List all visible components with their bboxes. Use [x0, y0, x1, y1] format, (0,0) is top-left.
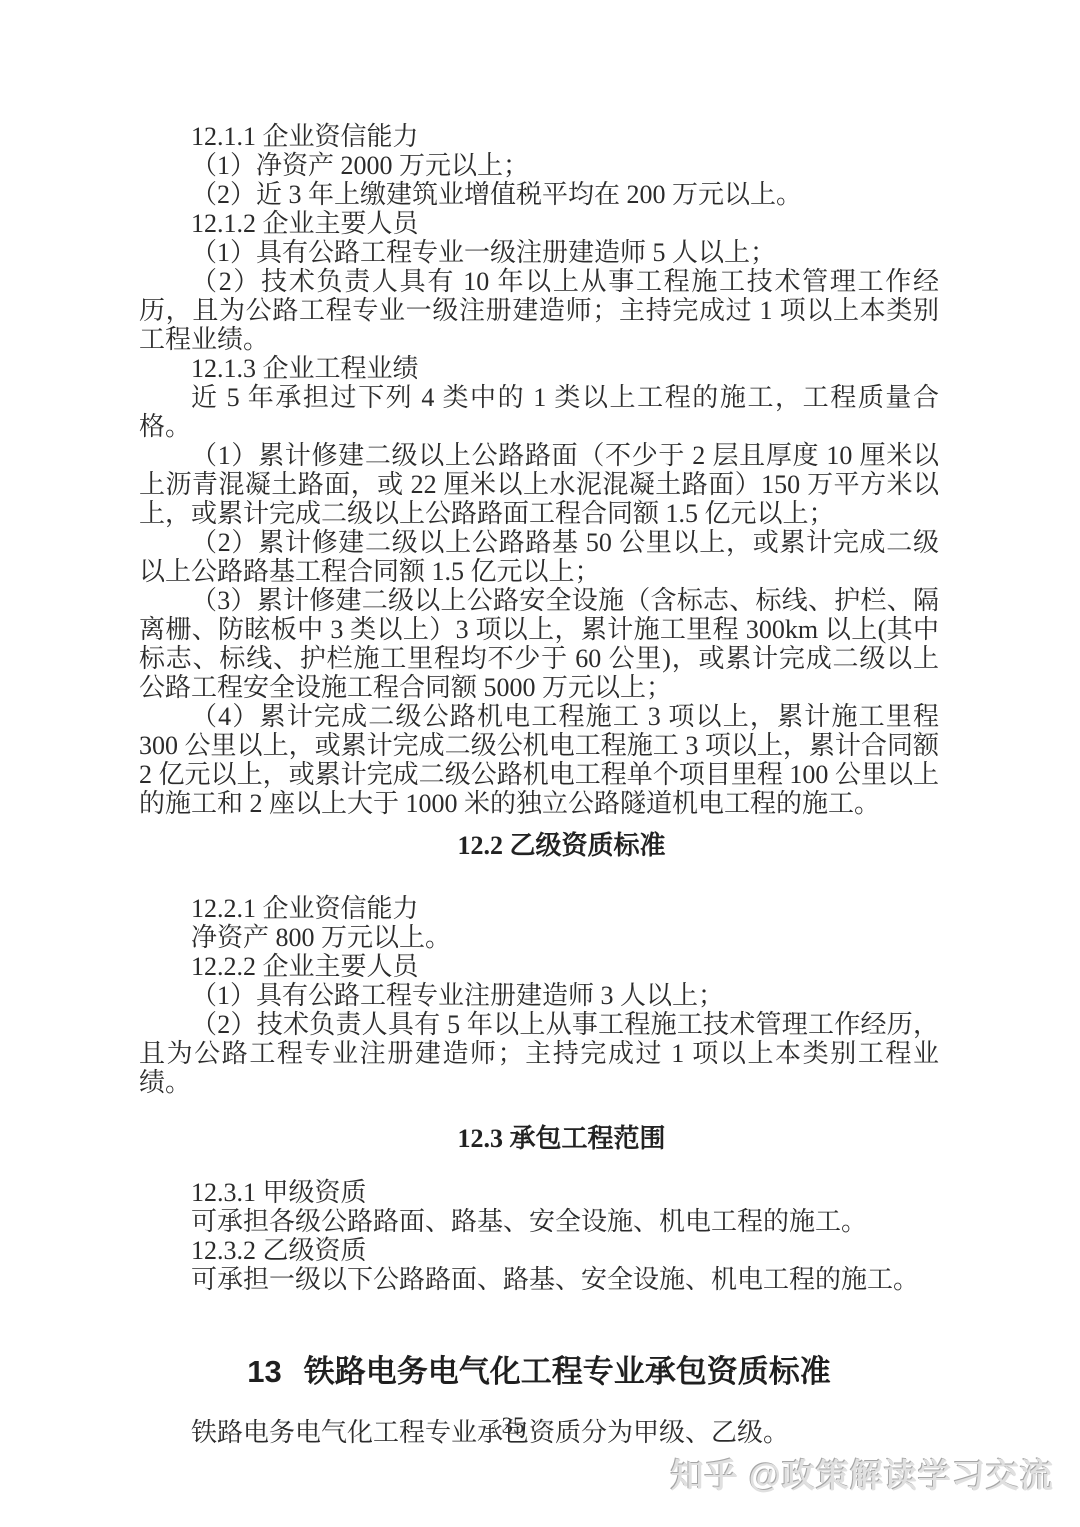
clause-12-1-3-item-3: （3）累计修建二级以上公路安全设施（含标志、标线、护栏、隔离栅、防眩板中 3 类… — [139, 586, 939, 702]
clause-12-2-1-title: 12.2.1 企业资信能力 — [139, 894, 939, 923]
clause-12-1-1-item-2: （2）近 3 年上缴建筑业增值税平均在 200 万元以上。 — [139, 180, 939, 209]
clause-12-3-2-title: 12.3.2 乙级资质 — [139, 1236, 939, 1265]
clause-12-2-2-item-1: （1）具有公路工程专业注册建造师 3 人以上； — [139, 981, 939, 1010]
clause-12-1-3-item-4: （4）累计完成二级公路机电工程施工 3 项以上，累计施工里程 300 公里以上，… — [139, 702, 939, 818]
clause-12-2-2-title: 12.2.2 企业主要人员 — [139, 952, 939, 981]
chapter-13-title: 铁路电务电气化工程专业承包资质标准 — [304, 1354, 831, 1389]
clause-12-1-3-title: 12.1.3 企业工程业绩 — [139, 354, 939, 383]
document-content: 12.1.1 企业资信能力 （1）净资产 2000 万元以上； （2）近 3 年… — [139, 122, 939, 1447]
clause-12-1-1-title: 12.1.1 企业资信能力 — [139, 122, 939, 151]
clause-12-2-2-item-2: （2）技术负责人具有 5 年以上从事工程施工技术管理工作经历，且为公路工程专业注… — [139, 1010, 939, 1097]
clause-12-1-1-item-1: （1）净资产 2000 万元以上； — [139, 151, 939, 180]
clause-12-1-3-intro: 近 5 年承担过下列 4 类中的 1 类以上工程的施工，工程质量合格。 — [139, 383, 939, 441]
section-heading-12-2: 12.2 乙级资质标准 — [139, 831, 939, 861]
clause-12-1-2-title: 12.1.2 企业主要人员 — [139, 209, 939, 238]
clause-12-3-2-body: 可承担一级以下公路路面、路基、安全设施、机电工程的施工。 — [139, 1265, 939, 1294]
clause-12-3-1-title: 12.3.1 甲级资质 — [139, 1178, 939, 1207]
watermark: 知乎 @政策解读学习交流 — [671, 1456, 1054, 1496]
chapter-13-heading: 13铁路电务电气化工程专业承包资质标准 — [139, 1354, 939, 1390]
clause-12-1-2-item-2: （2）技术负责人具有 10 年以上从事工程施工技术管理工作经历，且为公路工程专业… — [139, 267, 939, 354]
page-number: 35 — [483, 1413, 543, 1439]
clause-12-1-3-item-1: （1）累计修建二级以上公路路面（不少于 2 层且厚度 10 厘米以上沥青混凝土路… — [139, 441, 939, 528]
document-page: { "page": { "number": "35", "watermark":… — [0, 0, 1080, 1527]
section-heading-12-3: 12.3 承包工程范围 — [139, 1124, 939, 1154]
clause-12-1-2-item-1: （1）具有公路工程专业一级注册建造师 5 人以上； — [139, 238, 939, 267]
clause-12-1-3-item-2: （2）累计修建二级以上公路路基 50 公里以上，或累计完成二级以上公路路基工程合… — [139, 528, 939, 586]
clause-12-3-1-body: 可承担各级公路路面、路基、安全设施、机电工程的施工。 — [139, 1207, 939, 1236]
clause-12-2-1-body: 净资产 800 万元以上。 — [139, 923, 939, 952]
chapter-13-number: 13 — [247, 1354, 281, 1389]
